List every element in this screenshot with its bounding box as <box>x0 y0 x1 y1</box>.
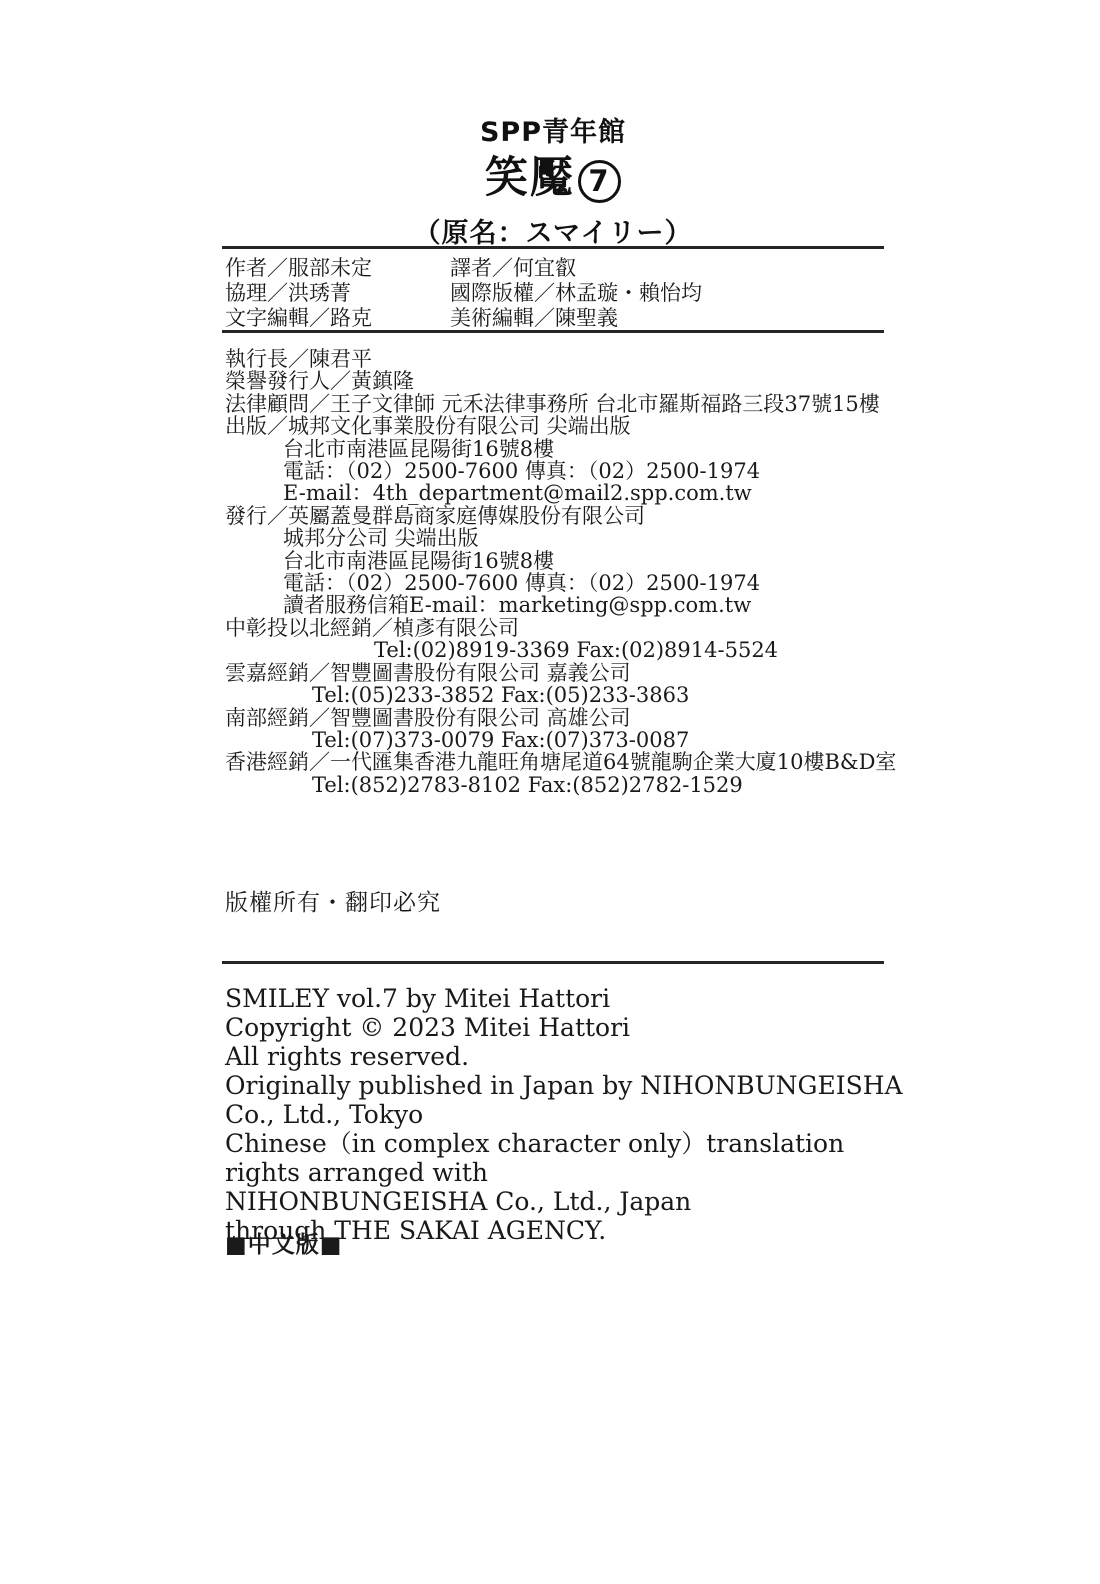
colophon-line-publisher: 榮譽發行人／黃鎮隆 <box>225 370 905 392</box>
credit-text-editor: 文字編輯／路克 <box>225 306 450 331</box>
book-title-text: 笑魘 <box>485 153 575 203</box>
colophon-line-hk-dist: 香港經銷／一代匯集香港九龍旺角塘尾道64號龍駒企業大廈10樓B&D室 <box>225 751 905 773</box>
colophon-line-service-email: 讀者服務信箱E-mail：marketing@spp.com.tw <box>225 594 905 616</box>
colophon-line-south-tel: Tel:(07)373-0079 Fax:(07)373-0087 <box>225 729 905 751</box>
credit-art-editor: 美術編輯／陳聖義 <box>450 306 885 331</box>
original-title: （原名：スマイリー） <box>222 211 884 250</box>
colophon-line-phone: 電話：（02）2500-7600 傳真：（02）2500-1974 <box>225 460 905 482</box>
colophon-line-yunjia-dist: 雲嘉經銷／智豐圖書股份有限公司 嘉義公司 <box>225 662 905 684</box>
imprint-name: SPP青年館 <box>222 110 884 149</box>
credit-row: 作者／服部未定 譯者／何宜叡 <box>225 256 885 281</box>
colophon-line-press: 出版／城邦文化事業股份有限公司 尖端出版 <box>225 415 905 437</box>
english-line-company: NIHONBUNGEISHA Co., Ltd., Japan <box>225 1187 905 1216</box>
chinese-edition-mark: ■中文版■ <box>225 1226 342 1259</box>
colophon-line-north-dist: 中彰投以北經銷／楨彥有限公司 <box>225 617 905 639</box>
credits-table: 作者／服部未定 譯者／何宜叡 協理／洪琇菁 國際版權／林孟璇・賴怡均 文字編輯／… <box>225 256 885 331</box>
english-line-chinese: Chinese（in complex character only）transl… <box>225 1129 905 1187</box>
page-header: SPP青年館 笑魘7 （原名：スマイリー） <box>222 110 884 250</box>
colophon-line-hk-tel: Tel:(852)2783-8102 Fax:(852)2782-1529 <box>225 774 905 796</box>
colophon-line-ceo: 執行長／陳君平 <box>225 348 905 370</box>
colophon-line-north-tel: Tel:(02)8919-3369 Fax:(02)8914-5524 <box>225 639 905 661</box>
english-line-original: Originally published in Japan by NIHONBU… <box>225 1071 905 1129</box>
colophon-line-address: 台北市南港區昆陽街16號8樓 <box>225 438 905 460</box>
colophon-line-branch: 城邦分公司 尖端出版 <box>225 527 905 549</box>
credit-manager: 協理／洪琇菁 <box>225 281 450 306</box>
colophon-line-distributor: 發行／英屬蓋曼群島商家庭傳媒股份有限公司 <box>225 505 905 527</box>
english-line-copyright: Copyright © 2023 Mitei Hattori <box>225 1013 905 1042</box>
book-title: 笑魘7 <box>222 155 884 203</box>
credit-row: 文字編輯／路克 美術編輯／陳聖義 <box>225 306 885 331</box>
copyright-notice: 版權所有・翻印必究 <box>225 884 441 917</box>
credit-translator: 譯者／何宜叡 <box>450 256 885 281</box>
english-copyright-block: SMILEY vol.7 by Mitei Hattori Copyright … <box>225 984 905 1245</box>
colophon-page: SPP青年館 笑魘7 （原名：スマイリー） 作者／服部未定 譯者／何宜叡 協理／… <box>0 0 1100 1584</box>
colophon-line-south-dist: 南部經銷／智豐圖書股份有限公司 高雄公司 <box>225 707 905 729</box>
colophon-line-address2: 台北市南港區昆陽街16號8樓 <box>225 550 905 572</box>
english-line-rights: All rights reserved. <box>225 1042 905 1071</box>
credit-author: 作者／服部未定 <box>225 256 450 281</box>
colophon-line-phone2: 電話：（02）2500-7600 傳真：（02）2500-1974 <box>225 572 905 594</box>
divider-top <box>222 246 884 249</box>
divider-english <box>222 961 884 964</box>
colophon-line-legal: 法律顧問／王子文律師 元禾法律事務所 台北市羅斯福路三段37號15樓 <box>225 393 905 415</box>
volume-number-circle: 7 <box>578 160 621 203</box>
colophon-line-email: E-mail：4th_department@mail2.spp.com.tw <box>225 482 905 504</box>
english-line-title: SMILEY vol.7 by Mitei Hattori <box>225 984 905 1013</box>
credit-row: 協理／洪琇菁 國際版權／林孟璇・賴怡均 <box>225 281 885 306</box>
publisher-info-block: 執行長／陳君平 榮譽發行人／黃鎮隆 法律顧問／王子文律師 元禾法律事務所 台北市… <box>225 348 905 796</box>
credit-intl-rights: 國際版權／林孟璇・賴怡均 <box>450 281 885 306</box>
colophon-line-yunjia-tel: Tel:(05)233-3852 Fax:(05)233-3863 <box>225 684 905 706</box>
